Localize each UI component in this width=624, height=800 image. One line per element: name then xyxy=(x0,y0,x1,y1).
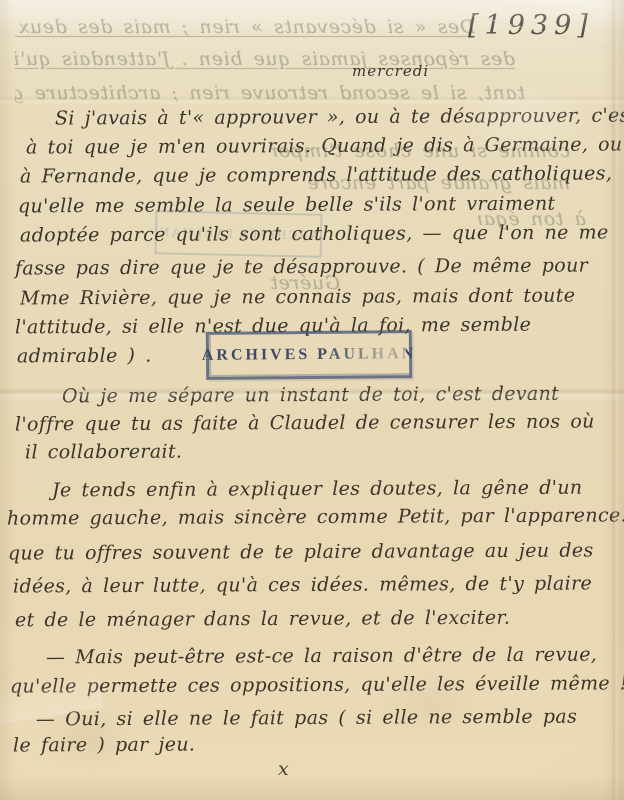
letter-line: fasse pas dire que je te désapprouve. ( … xyxy=(15,254,588,279)
letter-line: le faire ) par jeu. xyxy=(13,734,195,757)
year-annotation: [1939] xyxy=(468,10,594,41)
page-end-mark: x xyxy=(278,758,289,780)
letter-line: adoptée parce qu'ils sont catholiques, —… xyxy=(20,221,609,246)
letter-line: et de le ménager dans la revue, et de l'… xyxy=(15,607,510,632)
verso-bleedthrough-line: des réponses jamais que bien . J'attenda… xyxy=(15,48,515,70)
letter-line: qu'elle permette ces oppositions, qu'ell… xyxy=(10,672,624,697)
letter-line: homme gauche, mais sincère comme Petit, … xyxy=(7,504,624,529)
archive-stamp: ARCHIVES PAULHAN xyxy=(206,330,412,380)
letter-page: Des « si décevants » rien ; mais des deu… xyxy=(0,0,624,800)
date-heading: mercredi xyxy=(352,62,429,80)
letter-line: Si j'avais à t'« approuver », ou à te dé… xyxy=(55,104,624,129)
verso-bleedthrough-line: Des « si décevants » rien ; mais des deu… xyxy=(15,16,475,38)
letter-line: à Fernande, que je comprends l'attitude … xyxy=(20,162,612,187)
letter-line: — Mais peut-être est-ce la raison d'être… xyxy=(46,644,597,669)
letter-line: l'offre que tu as faite à Claudel de cen… xyxy=(15,410,595,435)
letter-line: — Oui, si elle ne le fait pas ( si elle … xyxy=(36,706,577,731)
verso-bleedthrough-line: tant, si le second retrouve rien ; archi… xyxy=(15,82,525,104)
letter-line: Je tends enfin à expliquer les doutes, l… xyxy=(52,477,583,502)
letter-line: à toi que je m'en ouvrirais. Quand je di… xyxy=(26,133,623,158)
letter-line: idées, à leur lutte, qu'à ces idées. mêm… xyxy=(13,572,592,597)
letter-line: admirable ) . xyxy=(17,345,152,368)
letter-line: il collaborerait. xyxy=(25,441,182,464)
archive-stamp-text: ARCHIVES PAULHAN xyxy=(202,345,417,365)
letter-line: qu'elle me semble la seule belle s'ils l… xyxy=(18,193,556,218)
letter-line: Où je me sépare un instant de toi, c'est… xyxy=(62,383,559,408)
letter-line: que tu offres souvent de te plaire davan… xyxy=(8,539,594,564)
letter-line: Mme Rivière, que je ne connais pas, mais… xyxy=(20,285,575,310)
